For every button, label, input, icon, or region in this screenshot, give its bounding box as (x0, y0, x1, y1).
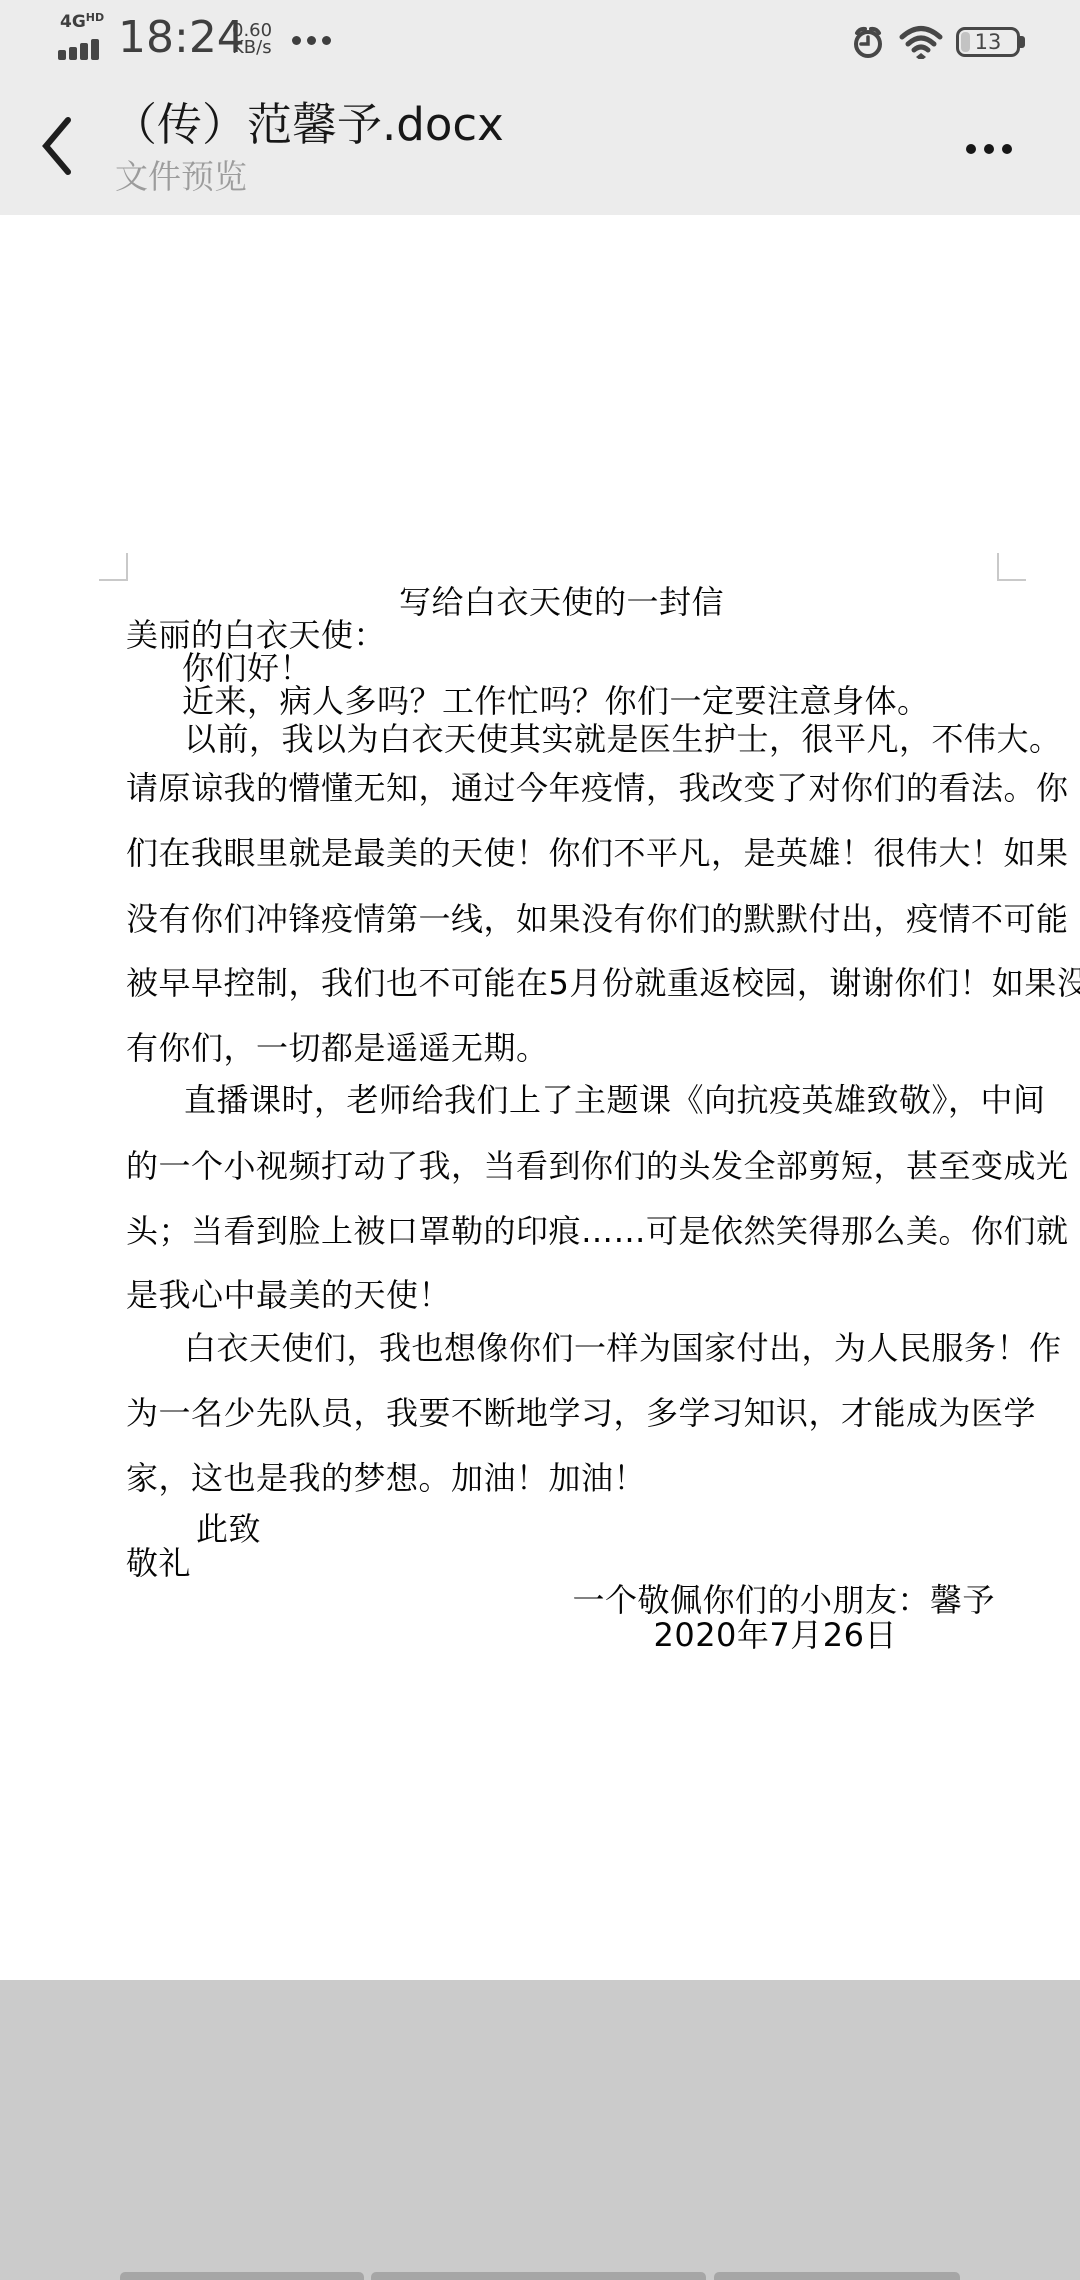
network-speed-unit: KB/s (232, 39, 272, 56)
doc-line: 被早早控制，我们也不可能在5月份就重返校园，谢谢你们！如果没 (126, 964, 1080, 1002)
battery-percent: 13 (975, 32, 1002, 53)
signal-strength-bars (58, 38, 99, 60)
doc-line: 敬礼 (126, 1544, 191, 1582)
doc-line: 直播课时，老师给我们上了主题课《向抗疫英雄致敬》，中间 (184, 1081, 1046, 1119)
file-preview-label: 文件预览 (115, 160, 247, 193)
battery-icon: 13 (956, 27, 1020, 57)
ellipsis-icon (292, 36, 331, 45)
doc-line: 白衣天使们，我也想像你们一样为国家付出，为人民服务！作 (184, 1329, 1062, 1367)
doc-line: 以前，我以为白衣天使其实就是医生护士，很平凡，不伟大。 (184, 720, 1062, 758)
doc-line: 为一名少先队员，我要不断地学习，多学习知识，才能成为医学 (126, 1394, 1036, 1432)
more-menu-button[interactable] (960, 138, 1018, 160)
document-preview-page[interactable]: 写给白衣天使的一封信 美丽的白衣天使： 你们好！ 近来，病人多吗？工作忙吗？你们… (0, 215, 1080, 1980)
doc-date-line: 2020年7月26日 (126, 1616, 897, 1654)
doc-line: 没有你们冲锋疫情第一线，如果没有你们的默默付出，疫情不可能 (126, 900, 1069, 938)
doc-line: 是我心中最美的天使！ (126, 1276, 451, 1314)
preview-background (0, 1980, 1080, 2280)
doc-line: 请原谅我的懵懂无知，通过今年疫情，我改变了对你们的看法。你 (126, 769, 1069, 807)
network-type-label: 4GHD (60, 12, 104, 31)
doc-line: 家，这也是我的梦想。加油！加油！ (126, 1459, 646, 1497)
wifi-icon (898, 25, 944, 59)
status-time: 18:24 (118, 16, 245, 60)
battery-fill (961, 32, 970, 52)
chevron-left-icon (30, 108, 86, 184)
bottom-action-button[interactable] (714, 2272, 960, 2280)
doc-line: 此致 (196, 1510, 261, 1548)
status-right-cluster: 13 (850, 24, 1020, 60)
top-bar: 4GHD 18:24 0.60 KB/s 13 (0, 0, 1080, 215)
page-corner-mark (99, 553, 128, 581)
network-speed: 0.60 KB/s (232, 22, 272, 56)
bottom-action-button[interactable] (120, 2272, 364, 2280)
page-corner-mark (997, 553, 1026, 581)
doc-line: 有你们，一切都是遥遥无期。 (126, 1029, 549, 1067)
doc-signature-line: 一个敬佩你们的小朋友：馨予 (126, 1581, 995, 1619)
bottom-action-button[interactable] (371, 2272, 706, 2280)
file-title: （传）范馨予.docx (112, 98, 504, 152)
back-button[interactable] (30, 108, 86, 184)
doc-line: 的一个小视频打动了我，当看到你们的头发全部剪短，甚至变成光 (126, 1147, 1069, 1185)
doc-line: 头；当看到脸上被口罩勒的印痕……可是依然笑得那么美。你们就 (126, 1212, 1069, 1250)
doc-line: 近来，病人多吗？工作忙吗？你们一定要注意身体。 (182, 682, 930, 720)
doc-line: 们在我眼里就是最美的天使！你们不平凡，是英雄！很伟大！如果 (126, 834, 1069, 872)
alarm-icon (850, 24, 886, 60)
